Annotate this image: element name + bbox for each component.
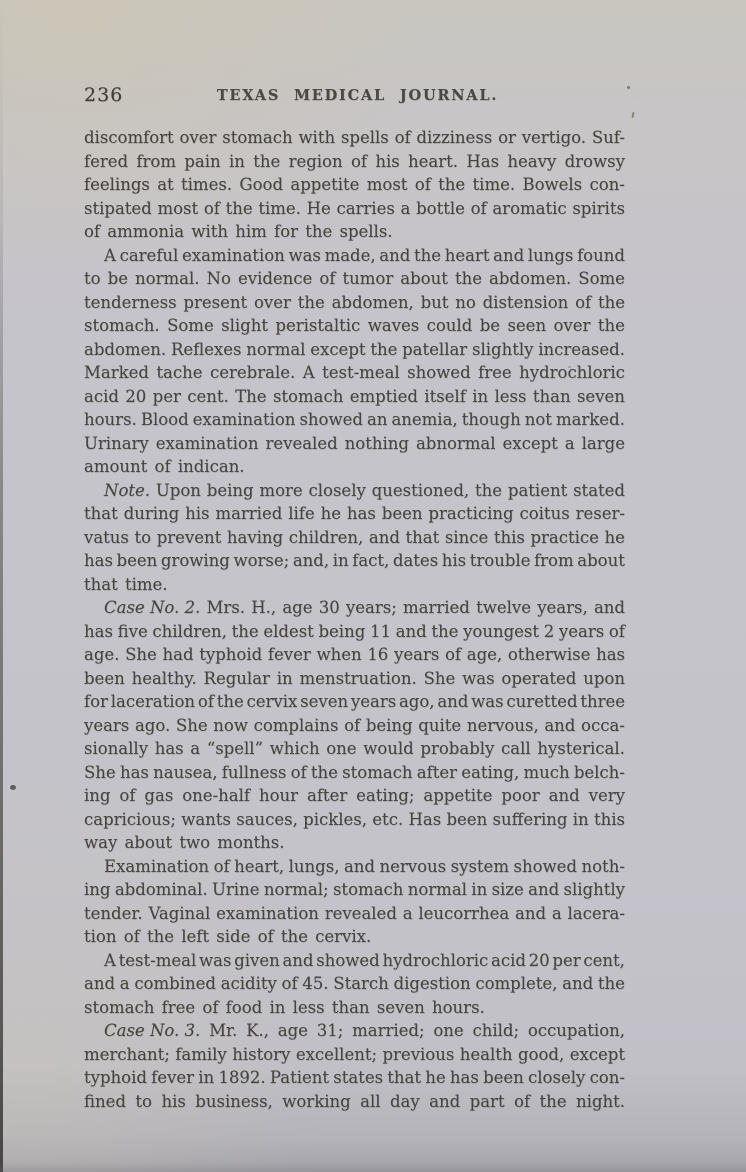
text-line: tion of the left side of the cervix. bbox=[84, 925, 625, 949]
word: of bbox=[471, 197, 487, 221]
word: the bbox=[438, 173, 465, 197]
word: to bbox=[135, 526, 152, 550]
word: has bbox=[347, 502, 376, 526]
word: age bbox=[278, 1019, 308, 1043]
word: showed bbox=[407, 361, 470, 385]
word: lacera- bbox=[568, 902, 625, 926]
word: hydrochloric bbox=[382, 949, 488, 973]
word: con- bbox=[590, 173, 625, 197]
word: of bbox=[415, 173, 431, 197]
word: anemia, bbox=[391, 408, 457, 432]
word: of bbox=[344, 714, 360, 738]
word: since bbox=[445, 526, 488, 550]
word: after bbox=[307, 784, 347, 808]
text-line: stomach free of food in less than seven … bbox=[84, 996, 625, 1020]
word: was bbox=[462, 667, 494, 691]
word: in bbox=[277, 667, 293, 691]
word: time. bbox=[473, 173, 516, 197]
text-line: finedtohisbusiness,workingalldayandparto… bbox=[84, 1090, 625, 1114]
word: the bbox=[431, 620, 458, 644]
word: child; bbox=[472, 1019, 519, 1043]
word: in bbox=[573, 808, 589, 832]
word: marked. bbox=[556, 408, 625, 432]
word: complains bbox=[254, 714, 339, 738]
ink-speck bbox=[162, 676, 166, 679]
word: of bbox=[119, 784, 135, 808]
scanned-journal-page: 236 TEXAS MEDICAL JOURNAL. discomfortove… bbox=[0, 0, 746, 1172]
word: showed bbox=[316, 949, 379, 973]
word: he bbox=[321, 502, 341, 526]
word: 2 bbox=[544, 620, 555, 644]
word: having bbox=[227, 526, 283, 550]
word: one bbox=[433, 1019, 463, 1043]
word: and bbox=[344, 855, 375, 879]
word: A bbox=[104, 949, 116, 973]
word: nothing bbox=[345, 432, 409, 456]
word: years bbox=[351, 690, 396, 714]
word: of bbox=[319, 267, 335, 291]
word: Urine bbox=[212, 878, 259, 902]
word: examination bbox=[216, 902, 319, 926]
page-left-edge-shadow bbox=[0, 0, 3, 1172]
word: Reflexes bbox=[171, 338, 242, 362]
text-line: age.Shehadtyphoidfeverwhen16yearsofage,o… bbox=[84, 643, 625, 667]
word: trouble bbox=[470, 549, 531, 573]
word: part bbox=[470, 1090, 505, 1114]
word: years bbox=[394, 643, 439, 667]
word: of bbox=[214, 855, 230, 879]
word: 20 bbox=[529, 949, 550, 973]
word: call bbox=[501, 737, 531, 761]
word: children, bbox=[289, 526, 364, 550]
text-line: andacombinedacidityof45.Starchdigestionc… bbox=[84, 972, 625, 996]
word: one-half bbox=[182, 784, 250, 808]
word: K., bbox=[246, 1019, 269, 1043]
word: abdomen. bbox=[489, 267, 571, 291]
word: tache bbox=[156, 361, 202, 385]
word: states bbox=[333, 1066, 383, 1090]
word: complete, bbox=[475, 972, 557, 996]
word: wants bbox=[181, 808, 231, 832]
word: married; bbox=[352, 1019, 424, 1043]
word: seven bbox=[577, 385, 625, 409]
word: normal. bbox=[135, 267, 199, 291]
word: and bbox=[549, 784, 580, 808]
word: normal; bbox=[264, 878, 329, 902]
word: acidity bbox=[221, 972, 277, 996]
word: day bbox=[390, 1090, 420, 1114]
word: Has bbox=[466, 150, 499, 174]
word: and bbox=[562, 972, 593, 996]
word: upon bbox=[583, 667, 625, 691]
word: heart, bbox=[234, 855, 284, 879]
word: slight bbox=[221, 314, 268, 338]
word: Blood bbox=[141, 408, 189, 432]
text-line: discomfortoverstomachwithspellsofdizzine… bbox=[84, 126, 625, 150]
word: time. bbox=[258, 197, 301, 221]
word: of bbox=[351, 150, 367, 174]
text-line: tendernesspresentovertheabdomen,butnodis… bbox=[84, 291, 625, 315]
word: quite bbox=[418, 714, 461, 738]
word: etc. bbox=[372, 808, 403, 832]
ink-speck bbox=[631, 112, 634, 118]
word: size bbox=[492, 878, 524, 902]
word: the bbox=[455, 267, 482, 291]
text-line: typhoidfeverin1892.Patientstatesthatheha… bbox=[84, 1066, 625, 1090]
word: years bbox=[559, 620, 604, 644]
ink-speck bbox=[10, 785, 16, 790]
word: of bbox=[282, 972, 298, 996]
word: three bbox=[580, 690, 625, 714]
word: peristaltic bbox=[275, 314, 360, 338]
word: and bbox=[437, 690, 468, 714]
word: all bbox=[360, 1090, 380, 1114]
word: spells bbox=[341, 126, 389, 150]
word: stomach bbox=[342, 761, 412, 785]
word: except bbox=[310, 338, 365, 362]
word: worse; bbox=[233, 549, 289, 573]
word: Marked bbox=[84, 361, 149, 385]
word: 20 bbox=[125, 385, 146, 409]
word: curetted bbox=[506, 690, 577, 714]
word: five bbox=[118, 620, 148, 644]
word: tender. bbox=[84, 902, 143, 926]
word: in bbox=[229, 150, 245, 174]
word: eating, bbox=[461, 761, 519, 785]
word: showed bbox=[514, 855, 577, 879]
word: over bbox=[180, 126, 217, 150]
word: from bbox=[534, 549, 574, 573]
paragraph: Examinationofheart,lungs,andnervoussyste… bbox=[84, 855, 625, 949]
word: fered bbox=[84, 150, 128, 174]
word: sionally bbox=[84, 737, 148, 761]
word: fever bbox=[151, 1066, 194, 1090]
word: Has bbox=[408, 808, 441, 832]
word: abdominal. bbox=[115, 878, 208, 902]
word: when bbox=[316, 643, 361, 667]
paragraph: Note.Uponbeingmorecloselyquestioned,thep… bbox=[84, 479, 625, 597]
word: stomach. bbox=[84, 314, 160, 338]
word: had bbox=[163, 643, 194, 667]
text-line: abdomen.Reflexesnormalexceptthepatellars… bbox=[84, 338, 625, 362]
word: aromatic bbox=[492, 197, 566, 221]
word: tenderness bbox=[84, 291, 177, 315]
word: and, bbox=[293, 549, 329, 573]
word: business, bbox=[195, 1090, 273, 1114]
word: vertigo. bbox=[522, 126, 586, 150]
word: vatus bbox=[84, 526, 129, 550]
word: bottle bbox=[416, 197, 465, 221]
word: test-meal bbox=[119, 949, 197, 973]
paragraph: Case No. 3.Mr.K.,age31;married;onechild;… bbox=[84, 1019, 625, 1113]
word: a bbox=[401, 197, 411, 221]
word: history bbox=[232, 1043, 290, 1067]
word: gas bbox=[144, 784, 173, 808]
word: heavy bbox=[507, 150, 556, 174]
word: the bbox=[298, 291, 325, 315]
word: typhoid bbox=[84, 1066, 147, 1090]
word: and bbox=[528, 878, 559, 902]
word: fact, bbox=[352, 549, 389, 573]
word: 30 bbox=[319, 596, 340, 620]
text-line: Shehasnausea,fullnessofthestomachafterea… bbox=[84, 761, 625, 785]
word: examination bbox=[182, 244, 285, 268]
word: being bbox=[207, 479, 254, 503]
word: previous bbox=[382, 1043, 454, 1067]
word: per bbox=[552, 949, 580, 973]
word: for bbox=[84, 690, 108, 714]
word: one bbox=[326, 737, 356, 761]
word: he bbox=[605, 526, 625, 550]
word: and bbox=[594, 596, 625, 620]
page-bottom-edge-shadow bbox=[0, 1162, 746, 1172]
word: drowsy bbox=[565, 150, 625, 174]
word: was bbox=[471, 690, 503, 714]
word: carries bbox=[336, 197, 394, 221]
word: over bbox=[554, 314, 591, 338]
word: merchant; bbox=[84, 1043, 170, 1067]
word: cent. bbox=[187, 385, 229, 409]
text-line: ingabdominal.Urinenormal;stomachnormalin… bbox=[84, 878, 625, 902]
text-line: acid20percent.Thestomachemptieditselfinl… bbox=[84, 385, 625, 409]
word: night. bbox=[576, 1090, 625, 1114]
word: pickles, bbox=[303, 808, 367, 832]
word: about bbox=[400, 267, 448, 291]
word: waves bbox=[368, 314, 420, 338]
word: nausea, bbox=[153, 761, 217, 785]
word: per bbox=[153, 385, 181, 409]
text-line: way about two months. bbox=[84, 831, 625, 855]
word: reser- bbox=[576, 502, 625, 526]
word: youngest bbox=[463, 620, 539, 644]
word: practice bbox=[530, 526, 598, 550]
word: he bbox=[425, 1066, 445, 1090]
word: in bbox=[471, 878, 487, 902]
text-line: hasfivechildren,theeldestbeing11andtheyo… bbox=[84, 620, 625, 644]
word: stipated bbox=[84, 197, 152, 221]
word: a bbox=[190, 737, 200, 761]
word: or bbox=[498, 126, 516, 150]
word: of bbox=[445, 643, 461, 667]
word: age bbox=[282, 596, 312, 620]
word: most bbox=[367, 173, 408, 197]
text-line: Atest-mealwasgivenandshowedhydrochlorica… bbox=[84, 949, 625, 973]
word: and bbox=[515, 902, 546, 926]
word: No bbox=[207, 267, 231, 291]
word: and bbox=[282, 949, 313, 973]
word: laceration bbox=[111, 690, 195, 714]
page-header: 236 TEXAS MEDICAL JOURNAL. bbox=[84, 84, 625, 106]
word: Patient bbox=[270, 1066, 329, 1090]
word: Regular bbox=[204, 667, 270, 691]
word: given bbox=[234, 949, 280, 973]
word: working bbox=[282, 1090, 350, 1114]
word: from bbox=[136, 150, 176, 174]
word: years, bbox=[537, 596, 588, 620]
word: digestion bbox=[394, 972, 471, 996]
word: questioned, bbox=[372, 479, 469, 503]
word: of bbox=[198, 690, 214, 714]
word: spirits bbox=[572, 197, 625, 221]
word: was bbox=[288, 244, 320, 268]
word: age. bbox=[84, 643, 119, 667]
text-line: Note.Uponbeingmorecloselyquestioned,thep… bbox=[84, 479, 625, 503]
word: nervous bbox=[380, 855, 447, 879]
word: and bbox=[429, 1090, 460, 1114]
word: been bbox=[84, 667, 125, 691]
word: probably bbox=[420, 737, 494, 761]
word: Some bbox=[578, 267, 625, 291]
word: She bbox=[125, 643, 157, 667]
text-line: sionallyhasa“spell”whichonewouldprobably… bbox=[84, 737, 625, 761]
word: ing bbox=[84, 878, 110, 902]
word: H., bbox=[251, 596, 276, 620]
word: married bbox=[403, 596, 470, 620]
word: would bbox=[363, 737, 414, 761]
word: abnormal bbox=[416, 432, 496, 456]
word: dates bbox=[393, 549, 438, 573]
paragraph: Atest-mealwasgivenandshowedhydrochlorica… bbox=[84, 949, 625, 1020]
word: and bbox=[396, 620, 427, 644]
word: otherwise bbox=[508, 643, 590, 667]
word: cerebrale. bbox=[210, 361, 295, 385]
word: has bbox=[84, 620, 113, 644]
text-line: thatduringhismarriedlifehehasbeenpractic… bbox=[84, 502, 625, 526]
word: a bbox=[565, 432, 575, 456]
word: fullness bbox=[222, 761, 287, 785]
word: been bbox=[382, 502, 423, 526]
word: capricious; bbox=[84, 808, 176, 832]
word: 11 bbox=[370, 620, 391, 644]
word: revealed bbox=[325, 902, 397, 926]
word: system bbox=[451, 855, 509, 879]
word: typhoid bbox=[199, 643, 262, 667]
word: at bbox=[157, 173, 173, 197]
word: the bbox=[226, 197, 253, 221]
text-line: yearsago.Shenowcomplainsofbeingquitenerv… bbox=[84, 714, 625, 738]
text-line: Markedtachecerebrale.Atest-mealshowedfre… bbox=[84, 361, 625, 385]
word: but bbox=[421, 291, 449, 315]
word: his bbox=[161, 1090, 185, 1114]
word: showed bbox=[299, 408, 362, 432]
word: 45. bbox=[302, 972, 328, 996]
word: pain bbox=[184, 150, 220, 174]
word: Upon bbox=[156, 479, 201, 503]
word: could bbox=[427, 314, 473, 338]
word: his bbox=[442, 549, 466, 573]
word: She bbox=[424, 667, 456, 691]
word: normal bbox=[246, 338, 305, 362]
text-line: capricious;wantssauces,pickles,etc.Hasbe… bbox=[84, 808, 625, 832]
word: A bbox=[104, 244, 116, 268]
word: noth- bbox=[582, 855, 625, 879]
word: stomach bbox=[222, 126, 292, 150]
word: operated bbox=[501, 667, 576, 691]
word: distension bbox=[483, 291, 569, 315]
word: during bbox=[124, 502, 180, 526]
word: being bbox=[366, 714, 413, 738]
word: present bbox=[183, 291, 247, 315]
word: to bbox=[84, 267, 101, 291]
case-label: Case No. 2. bbox=[104, 596, 200, 620]
word: found bbox=[577, 244, 625, 268]
word: now bbox=[213, 714, 248, 738]
paragraph: Acarefulexaminationwasmade,andtheheartan… bbox=[84, 244, 625, 479]
text-line: Acarefulexaminationwasmade,andtheheartan… bbox=[84, 244, 625, 268]
word: itself bbox=[424, 385, 466, 409]
text-line: that time. bbox=[84, 573, 625, 597]
word: hysterical. bbox=[537, 737, 625, 761]
word: of bbox=[575, 291, 591, 315]
word: emptied bbox=[350, 385, 418, 409]
text-line: Urinaryexaminationrevealednothingabnorma… bbox=[84, 432, 625, 456]
word: not bbox=[525, 408, 552, 432]
word: hydrochloric bbox=[519, 361, 625, 385]
word: of bbox=[291, 761, 307, 785]
text-line: feelingsattimes.Goodappetitemostofthetim… bbox=[84, 173, 625, 197]
word: was bbox=[199, 949, 231, 973]
word: and bbox=[84, 972, 115, 996]
word: ago. bbox=[135, 714, 170, 738]
word: years; bbox=[346, 596, 397, 620]
word: leucorrhea bbox=[418, 902, 509, 926]
word: slightly bbox=[472, 338, 533, 362]
word: tumor bbox=[342, 267, 393, 291]
word: test-meal bbox=[322, 361, 400, 385]
word: in bbox=[333, 549, 349, 573]
word: to bbox=[135, 1090, 152, 1114]
word: careful bbox=[120, 244, 179, 268]
page-body: discomfortoverstomachwithspellsofdizzine… bbox=[84, 126, 625, 1113]
word: lungs, bbox=[289, 855, 340, 879]
word: more bbox=[259, 479, 302, 503]
word: seen bbox=[507, 314, 546, 338]
word: a bbox=[403, 902, 413, 926]
word: examination bbox=[193, 408, 296, 432]
word: “spell” bbox=[207, 737, 263, 761]
word: combined bbox=[134, 972, 216, 996]
word: fever bbox=[268, 643, 311, 667]
word: Some bbox=[167, 314, 214, 338]
word: good, bbox=[518, 1043, 564, 1067]
word: the bbox=[540, 1090, 567, 1114]
word: suffering bbox=[493, 808, 568, 832]
word: feelings bbox=[84, 173, 150, 197]
word: his bbox=[185, 502, 209, 526]
word: closely bbox=[528, 1066, 585, 1090]
word: practicing bbox=[428, 502, 513, 526]
word: except bbox=[570, 1043, 625, 1067]
word: years bbox=[84, 714, 129, 738]
word: Bowels bbox=[522, 173, 582, 197]
text-line: stomach.Someslightperistalticwavescouldb… bbox=[84, 314, 625, 338]
word: stomach bbox=[273, 385, 343, 409]
word: no bbox=[455, 291, 476, 315]
word: He bbox=[307, 197, 331, 221]
text-line: Case No. 2.Mrs.H.,age30years;marriedtwel… bbox=[84, 596, 625, 620]
word: heart bbox=[445, 244, 490, 268]
word: stated bbox=[573, 479, 625, 503]
word: coitus bbox=[519, 502, 569, 526]
text-line: vatustopreventhavingchildren,andthatsinc… bbox=[84, 526, 625, 550]
word: the bbox=[475, 479, 502, 503]
word: large bbox=[582, 432, 625, 456]
page-number: 236 bbox=[84, 84, 123, 106]
word: has bbox=[84, 549, 113, 573]
word: revealed bbox=[265, 432, 337, 456]
word: fined bbox=[84, 1090, 126, 1114]
word: in bbox=[198, 1066, 214, 1090]
